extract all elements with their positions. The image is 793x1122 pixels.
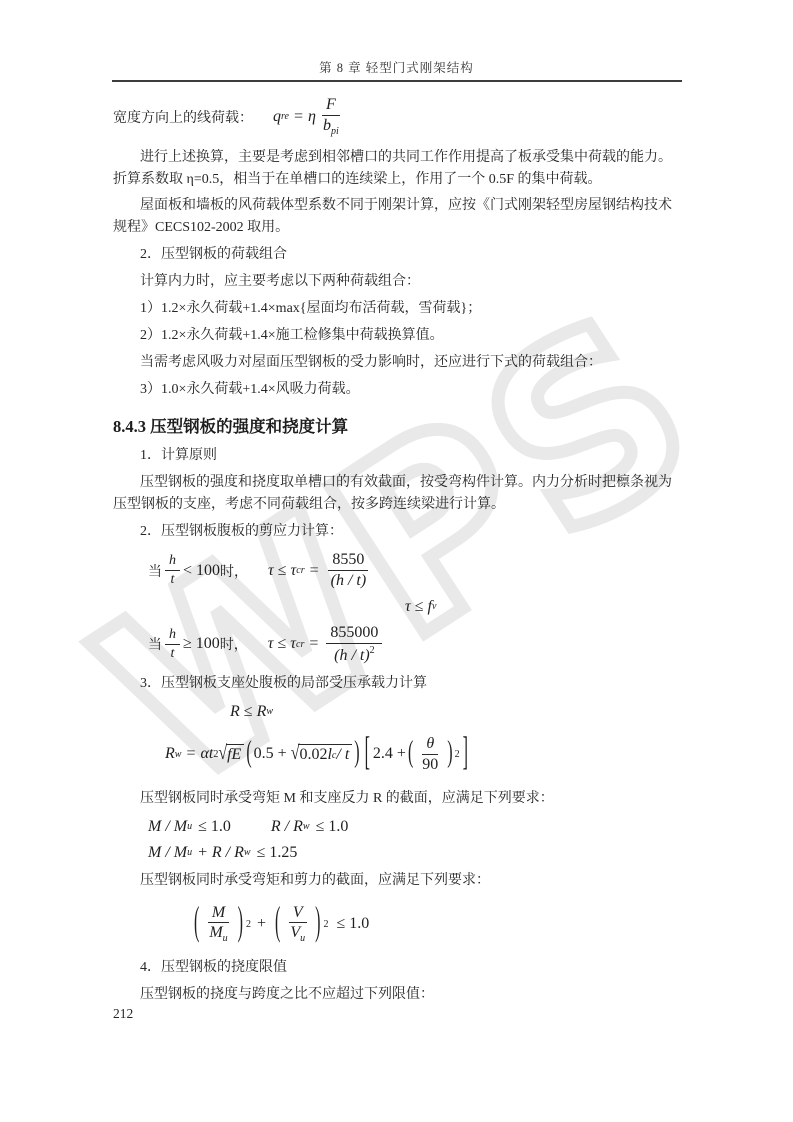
bracket-close: ] [463,732,468,777]
page-number: 212 [113,1006,133,1022]
math-op: = [309,635,318,653]
formula-r-leq-rw: R ≤ Rw [230,703,683,721]
paragraph-deflection-ratio: 压型钢板的挠度与跨度之比不应超过下列限值： [113,984,683,1006]
math-var: M / M [148,818,187,836]
paren-open: ( [408,737,413,771]
math-sup: 2 [370,645,375,656]
combo-item-3: 3）1.0×永久荷载+1.4×风吸力荷载。 [113,379,683,401]
text-line: 规程》CECS102-2002 取用。 [113,217,683,239]
math-var: b [323,117,331,134]
math-sub: u [300,933,305,944]
math-op: ≤ [278,635,287,653]
math-text: 当 [148,561,162,581]
fraction: 855000 (h / t)2 [326,624,382,665]
radicand: fE [226,744,244,764]
math-sub: cr [296,639,304,650]
math-sub: w [175,749,182,760]
paragraph-wind-coeff: 屋面板和墙板的风荷载体型系数不同于刚架计算，应按《门式刚架轻型房屋钢结构技术 规… [113,195,683,239]
math-var: τ [268,562,274,580]
formula-m-r-limits: M / Mu ≤ 1.0 R / Rw ≤ 1.0 [148,818,683,836]
item-local-bearing: 3．压型钢板支座处腹板的局部受压承载力计算 [113,673,683,695]
math-var: + R / R [197,844,244,862]
fraction-denominator: (h / t)2 [330,644,379,665]
item-web-shear: 2．压型钢板腹板的剪应力计算： [113,521,683,543]
math-var: τ [268,635,274,653]
paren-close: ) [354,737,359,771]
document-page: 第 8 章 轻型门式刚架结构 WPS 宽度方向上的线荷载： qre = η F … [0,0,793,1122]
formula-shear-ge100: 当 h t ≥ 100时， τ ≤ τcr = 855000 (h / t)2 [148,624,683,665]
math-sub: w [266,706,273,717]
fraction-numerator: h [165,627,180,645]
fraction: F bpi [319,96,343,137]
math-var: αt [200,745,213,763]
paragraph-wind-suction: 当需考虑风吸力对屋面压型钢板的受力影响时，还应进行下式的荷载组合： [113,352,683,374]
paragraph-moment-reaction: 压型钢板同时承受弯矩 M 和支座反力 R 的截面，应满足下列要求： [113,788,683,810]
paren-close: ) [447,737,452,771]
fraction-numerator: θ [422,735,438,755]
paren-open: ( [246,737,251,771]
math-var: η [308,108,316,126]
paren-open: ( [275,902,280,947]
paragraph-moment-shear: 压型钢板同时承受弯矩和剪力的截面，应满足下列要求： [113,870,683,892]
math-var: (h / t) [334,647,370,664]
paren-open: ( [194,902,199,947]
math-op: ≤ [278,562,287,580]
formula-mv-interaction: ( M Mu )2 + ( V Vu )2 ≤ 1.0 [191,904,683,945]
fraction-numerator: 855000 [326,624,382,644]
formula-line-load: 宽度方向上的线荷载： qre = η F bpi [113,96,683,137]
page-content: 宽度方向上的线荷载： qre = η F bpi 进行上述换算，主要是考虑到相邻… [113,92,683,1011]
fraction-denominator: t [167,571,179,588]
fraction-denominator: Mu [205,923,231,944]
math-cond: ≥ 100 [183,635,220,653]
text-line: 屋面板和墙板的风荷载体型系数不同于刚架计算，应按《门式刚架轻型房屋钢结构技术 [113,195,683,217]
paragraph-principle: 压型钢板的强度和挠度取单槽口的有效截面，按受弯构件计算。内力分析时把檩条视为 压… [113,472,683,516]
radicand: 0.02lc / t [298,744,352,764]
math-op: = [310,562,319,580]
combo-item-2: 2）1.2×永久荷载+1.4×施工检修集中荷载换算值。 [113,325,683,347]
math-text: 时， [220,561,248,581]
math-var: fE [227,746,241,764]
item-deflection-limit: 4．压型钢板的挠度限值 [113,957,683,979]
fraction-numerator: h [165,553,180,571]
math-const: 0.5 + [254,745,287,763]
fraction-denominator: (h / t) [327,571,371,590]
text-line: 折算系数取 η=0.5，相当于在单槽口的连续梁上，作用了一个 0.5F 的集中荷… [113,169,683,191]
math-sub: cr [296,565,304,576]
math-sub: u [223,933,228,944]
math-cond: < 100 [183,562,220,580]
sqrt-sign: √ [291,743,300,766]
combo-item-1: 1）1.2×永久荷载+1.4×max{屋面均布活荷载，雪荷载}； [113,298,683,320]
fraction-numerator: V [289,904,307,924]
paragraph-conversion: 进行上述换算，主要是考虑到相邻槽口的共同工作作用提高了板承受集中荷载的能力。 折… [113,147,683,191]
bracket-open: [ [365,732,370,777]
fraction: M Mu [205,904,231,945]
math-op: ≤ 1.0 [336,915,369,933]
math-op: ≤ [244,703,253,721]
math-op: ≤ 1.0 [198,818,231,836]
formula-tau-fv: τ ≤ fv [405,598,683,616]
paragraph-internal-force: 计算内力时，应主要考虑以下两种荷载组合： [113,271,683,293]
fraction: h t [165,627,180,661]
page-header: 第 8 章 轻型门式刚架结构 [0,58,793,76]
paren-close: ) [315,902,320,947]
math-op: ≤ 1.25 [257,844,298,862]
fraction: θ 90 [418,735,442,774]
math-var: q [273,108,281,126]
fraction-denominator: bpi [319,116,343,137]
math-op: + [257,915,266,933]
sqrt-sign: √ [218,743,227,766]
item-load-combination: 2．压型钢板的荷载组合 [113,244,683,266]
math-var: R [165,745,175,763]
math-text: 当 [148,634,162,654]
math-sup: 2 [455,749,460,760]
math-sub: u [187,821,192,832]
math-const: 0.02 [299,746,327,764]
math-var: R [230,703,240,721]
lead-label: 宽度方向上的线荷载： [113,107,253,127]
fraction: h t [165,553,180,587]
math-sub: pi [331,126,339,137]
header-rule [112,80,682,82]
math-sup: 2 [246,919,251,930]
math-var: M / M [148,844,187,862]
section-title-8-4-3: 8.4.3 压型钢板的强度和挠度计算 [113,413,683,437]
math-sub: v [432,601,436,612]
math-sub: w [244,847,251,858]
math-sup: 2 [323,919,328,930]
fraction-denominator: t [167,645,179,662]
math-var: τ [405,598,411,616]
text-line: 压型钢板的支座，考虑不同荷载组合，按多跨连续梁进行计算。 [113,494,683,516]
math-op: = [186,745,195,763]
fraction: V Vu [286,904,309,945]
text-line: 压型钢板的强度和挠度取单槽口的有效截面，按受弯构件计算。内力分析时把檩条视为 [113,472,683,494]
math-var: / t [336,746,349,764]
math-sub: u [187,847,192,858]
fraction-numerator: F [322,96,340,116]
math-var: R [257,703,267,721]
math-var: R / R [271,818,303,836]
math-op: = [294,108,303,126]
fraction: 8550 (h / t) [327,551,371,590]
fraction-numerator: 8550 [328,551,368,571]
math-const: 2.4 + [373,745,406,763]
math-sub: w [303,821,310,832]
math-op: ≤ 1.0 [316,818,349,836]
fraction-numerator: M [208,904,229,924]
paren-close: ) [238,902,243,947]
formula-rw: Rw = αt2 √fE ( 0.5 + √0.02lc / t ) [ 2.4… [165,735,683,774]
math-sub: re [281,111,289,122]
fraction-denominator: Vu [286,923,309,944]
math-var: M [209,924,222,941]
math-text: 时， [220,634,248,654]
item-calc-principle: 1．计算原则 [113,445,683,467]
math-var: V [290,924,300,941]
fraction-denominator: 90 [418,755,442,774]
formula-combined-limit: M / Mu + R / Rw ≤ 1.25 [148,844,683,862]
math-op: ≤ [415,598,424,616]
formula-shear-lt100: 当 h t < 100时， τ ≤ τcr = 8550 (h / t) [148,551,683,590]
text-line: 进行上述换算，主要是考虑到相邻槽口的共同工作作用提高了板承受集中荷载的能力。 [113,147,683,169]
